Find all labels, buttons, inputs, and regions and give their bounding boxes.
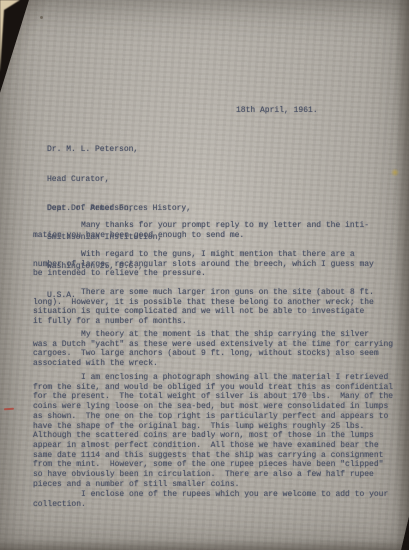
letter-date: 18th April, 1961.	[236, 106, 318, 116]
scanned-letter: 18th April, 1961. Dr. M. L. Peterson, He…	[0, 0, 409, 550]
address-line: Dr. M. L. Peterson,	[47, 145, 191, 155]
paper-speck	[40, 16, 43, 19]
letter-paragraph: With regard to the guns, I might mention…	[33, 250, 405, 279]
paper-stain	[391, 168, 399, 177]
letter-paragraph: My theory at the moment is that the ship…	[33, 330, 405, 369]
letter-paragraph: I am enclosing a photograph showing all …	[33, 373, 405, 489]
letter-paragraph: There are some much larger iron guns on …	[33, 288, 405, 327]
salutation: Dear Dr. Peterson,	[47, 204, 133, 214]
letter-paragraph: I enclose one of the rupees which you ar…	[33, 490, 405, 509]
letter-paragraph: Many thanks for your prompt reply to my …	[33, 221, 405, 240]
address-line: Head Curator,	[47, 175, 191, 185]
